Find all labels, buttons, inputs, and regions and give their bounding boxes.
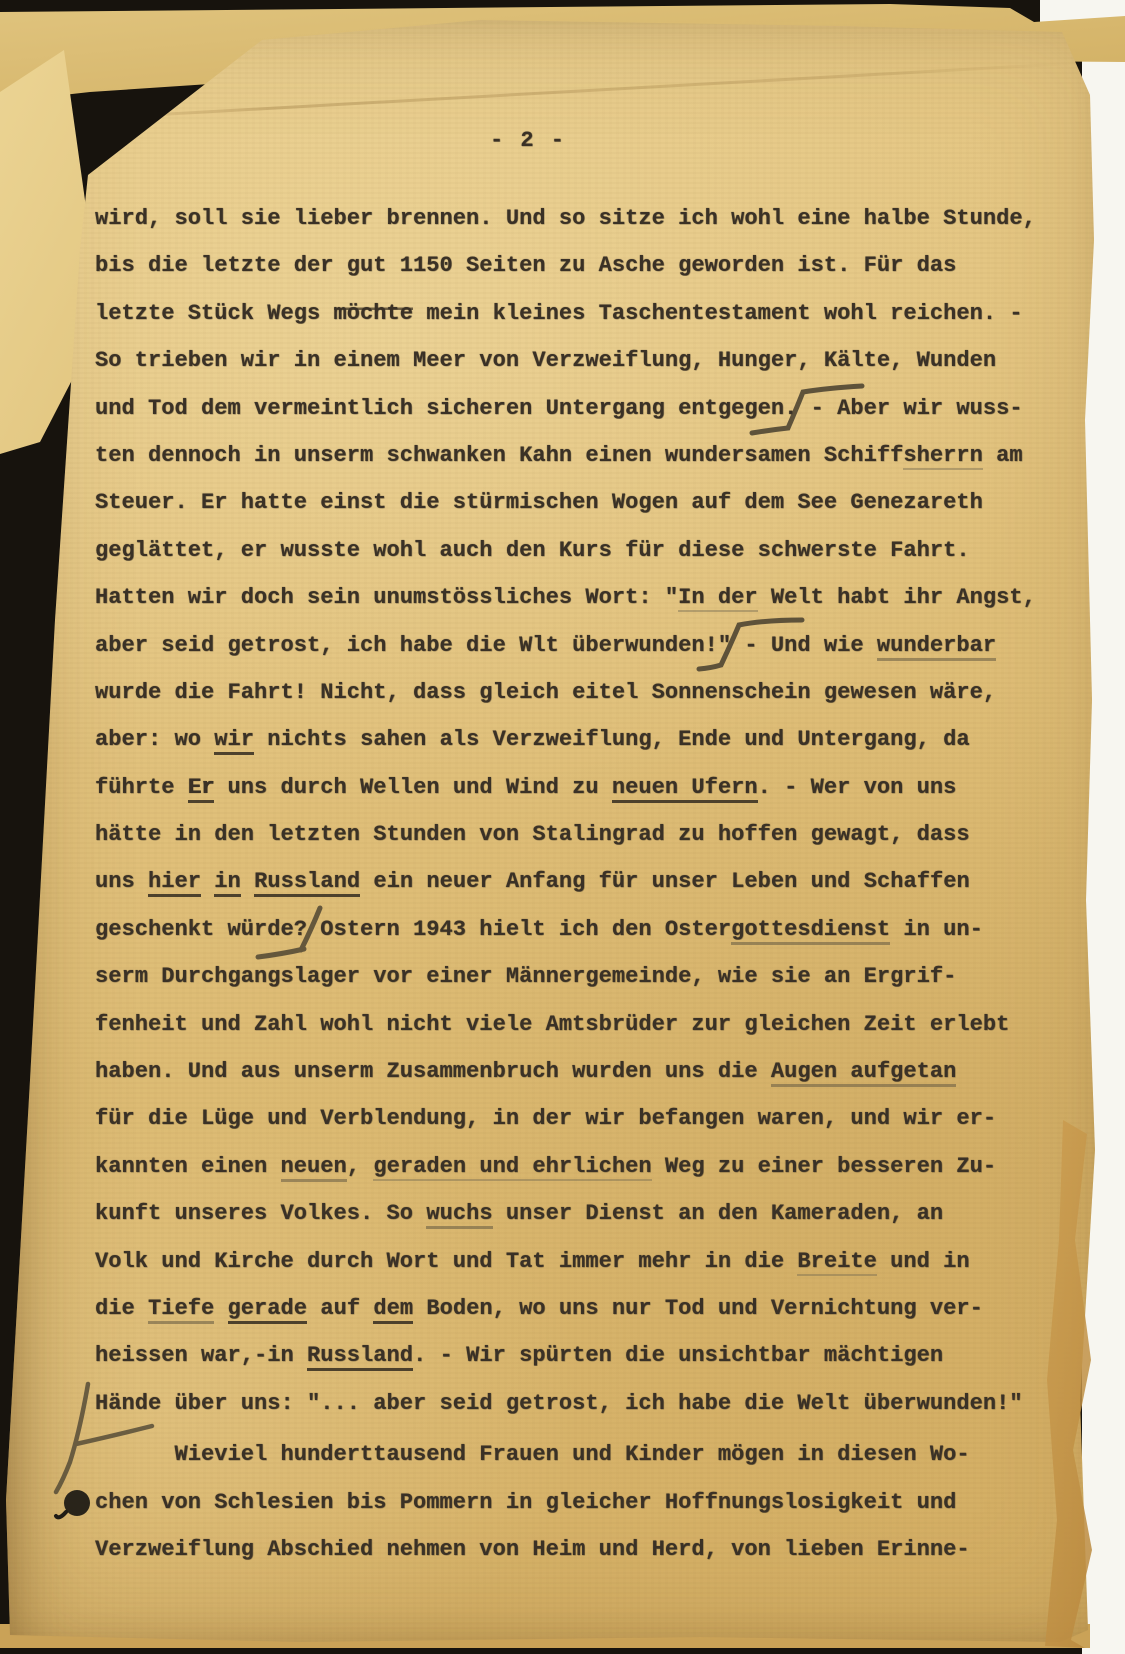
text-segment: Boden, wo uns nur Tod und Vernichtung ve… xyxy=(413,1296,983,1321)
text-line: Wieviel hunderttausend Frauen und Kinder… xyxy=(95,1431,1075,1478)
text-segment: Hände über uns: "... aber seid getrost, … xyxy=(95,1391,1023,1416)
text-segment: möchte xyxy=(334,301,414,326)
text-segment: wuchs xyxy=(426,1201,492,1229)
page-number: - 2 - xyxy=(490,128,566,153)
text-segment: Er xyxy=(188,775,215,803)
text-segment: serm Durchgangslager vor einer Männergem… xyxy=(95,964,956,989)
text-segment: haben. Und aus unserm Zusammenbruch wurd… xyxy=(95,1059,771,1084)
text-segment: ten dennoch in unserm schwanken Kahn ein… xyxy=(95,443,903,468)
text-segment: in un- xyxy=(890,917,983,942)
text-segment: uns xyxy=(95,869,148,894)
text-line: So trieben wir in einem Meer von Verzwei… xyxy=(95,337,1075,384)
text-segment xyxy=(241,869,254,894)
text-line: heissen war,-in Russland. - Wir spürten … xyxy=(95,1332,1075,1379)
text-segment: und in xyxy=(877,1249,970,1274)
text-segment: chen von Schlesien bis Pommern in gleich… xyxy=(95,1490,956,1515)
text-segment: wurde die Fahrt! Nicht, dass gleich eite… xyxy=(95,680,996,705)
text-line: geglättet, er wusste wohl auch den Kurs … xyxy=(95,527,1075,574)
text-segment: geraden und ehrlichen xyxy=(373,1154,651,1181)
text-segment: Breite xyxy=(797,1249,877,1276)
text-segment: geglättet, er wusste wohl auch den Kurs … xyxy=(95,538,970,563)
text-segment: am xyxy=(983,443,1023,468)
text-line: Volk und Kirche durch Wort und Tat immer… xyxy=(95,1238,1075,1285)
text-segment: So trieben wir in einem Meer von Verzwei… xyxy=(95,348,996,373)
text-line: fenheit und Zahl wohl nicht viele Amtsbr… xyxy=(95,1001,1075,1048)
document-scan: se - 2 - wird, soll sie lieber brennen. … xyxy=(0,0,1125,1654)
text-line: chen von Schlesien bis Pommern in gleich… xyxy=(95,1479,1075,1526)
text-body: wird, soll sie lieber brennen. Und so si… xyxy=(95,195,1075,1573)
text-segment: für die Lüge und Verblendung, in der wir… xyxy=(95,1106,996,1131)
text-segment: kannten einen xyxy=(95,1154,281,1179)
text-line: kunft unseres Volkes. So wuchs unser Die… xyxy=(95,1190,1075,1237)
text-segment: führte xyxy=(95,775,188,800)
text-segment: auf xyxy=(307,1296,373,1321)
text-line: Hatten wir doch sein unumstössliches Wor… xyxy=(95,574,1075,621)
typist-initials: se xyxy=(95,128,121,153)
text-segment: hier xyxy=(148,869,201,897)
text-line: bis die letzte der gut 1150 Seiten zu As… xyxy=(95,242,1075,289)
text-segment: Russland xyxy=(254,869,360,897)
text-segment: fenheit und Zahl wohl nicht viele Amtsbr… xyxy=(95,1012,1009,1037)
text-line: ten dennoch in unserm schwanken Kahn ein… xyxy=(95,432,1075,479)
text-line: haben. Und aus unserm Zusammenbruch wurd… xyxy=(95,1048,1075,1095)
text-segment: uns durch Wellen und Wind zu xyxy=(214,775,612,800)
text-segment: hätte in den letzten Stunden von Staling… xyxy=(95,822,970,847)
text-line: Hände über uns: "... aber seid getrost, … xyxy=(95,1380,1075,1427)
text-segment: neuen Ufern xyxy=(612,775,758,803)
text-segment: in xyxy=(214,869,241,897)
text-segment: die xyxy=(95,1296,148,1321)
text-segment: unser Dienst an den Kameraden, an xyxy=(493,1201,944,1226)
text-line: uns hier in Russland ein neuer Anfang fü… xyxy=(95,858,1075,905)
text-segment: . - Wer von uns xyxy=(758,775,957,800)
text-segment: , xyxy=(347,1154,374,1179)
text-segment: In der xyxy=(678,585,758,612)
text-segment: aber: wo xyxy=(95,727,214,752)
text-segment: Volk und Kirche durch Wort und Tat immer… xyxy=(95,1249,797,1274)
text-line: für die Lüge und Verblendung, in der wir… xyxy=(95,1095,1075,1142)
text-segment: Augen aufgetan xyxy=(771,1059,957,1087)
text-segment: Tiefe xyxy=(148,1296,214,1324)
text-line: geschenkt würde? Ostern 1943 hielt ich d… xyxy=(95,906,1075,953)
text-segment: gerade xyxy=(228,1296,308,1324)
text-segment: sherrn xyxy=(903,443,983,470)
text-segment: mein kleines Taschentestament wohl reich… xyxy=(413,301,1023,326)
text-segment: dem xyxy=(373,1296,413,1324)
text-segment xyxy=(214,1296,227,1321)
page-header: se - 2 - xyxy=(95,128,1045,158)
text-line: wird, soll sie lieber brennen. Und so si… xyxy=(95,195,1075,242)
text-segment: aber seid getrost, ich habe die Wlt über… xyxy=(95,633,877,658)
text-line: führte Er uns durch Wellen und Wind zu n… xyxy=(95,764,1075,811)
text-line: aber seid getrost, ich habe die Wlt über… xyxy=(95,622,1075,669)
text-segment xyxy=(201,869,214,894)
text-segment: ein neuer Anfang für unser Leben und Sch… xyxy=(360,869,970,894)
text-segment: gottesdienst xyxy=(731,917,890,945)
text-segment: Verzweiflung Abschied nehmen von Heim un… xyxy=(95,1537,970,1562)
text-segment: Wieviel hunderttausend Frauen und Kinder… xyxy=(95,1442,970,1467)
text-line: Steuer. Er hatte einst die stürmischen W… xyxy=(95,479,1075,526)
text-line: und Tod dem vermeintlich sicheren Unterg… xyxy=(95,385,1075,432)
text-segment: geschenkt würde? Ostern 1943 hielt ich d… xyxy=(95,917,731,942)
text-line: serm Durchgangslager vor einer Männergem… xyxy=(95,953,1075,1000)
text-segment: Hatten wir doch sein unumstössliches Wor… xyxy=(95,585,678,610)
text-line: Verzweiflung Abschied nehmen von Heim un… xyxy=(95,1526,1075,1573)
text-segment: und Tod dem vermeintlich sicheren Unterg… xyxy=(95,396,1023,421)
text-line: die Tiefe gerade auf dem Boden, wo uns n… xyxy=(95,1285,1075,1332)
typewritten-page: se - 2 - wird, soll sie lieber brennen. … xyxy=(0,0,1125,1654)
text-segment: Weg zu einer besseren Zu- xyxy=(652,1154,997,1179)
text-line: letzte Stück Wegs möchte mein kleines Ta… xyxy=(95,290,1075,337)
text-segment: Welt habt ihr Angst, xyxy=(758,585,1036,610)
text-line: aber: wo wir nichts sahen als Verzweiflu… xyxy=(95,716,1075,763)
text-line: kannten einen neuen, geraden und ehrlich… xyxy=(95,1143,1075,1190)
text-segment: neuen xyxy=(281,1154,347,1182)
text-segment: Steuer. Er hatte einst die stürmischen W… xyxy=(95,490,983,515)
text-line: wurde die Fahrt! Nicht, dass gleich eite… xyxy=(95,669,1075,716)
text-segment: letzte Stück Wegs xyxy=(95,301,334,326)
text-line: hätte in den letzten Stunden von Staling… xyxy=(95,811,1075,858)
text-segment: heissen war,-in xyxy=(95,1343,307,1368)
text-segment: bis die letzte der gut 1150 Seiten zu As… xyxy=(95,253,956,278)
text-segment: wir xyxy=(214,727,254,755)
text-segment: wunderbar xyxy=(877,633,996,661)
text-segment: kunft unseres Volkes. So xyxy=(95,1201,426,1226)
text-segment: nichts sahen als Verzweiflung, Ende und … xyxy=(254,727,970,752)
text-segment: . - Wir spürten die unsichtbar mächtigen xyxy=(413,1343,943,1368)
text-segment: wird, soll sie lieber brennen. Und so si… xyxy=(95,206,1036,231)
text-segment: Russland xyxy=(307,1343,413,1371)
